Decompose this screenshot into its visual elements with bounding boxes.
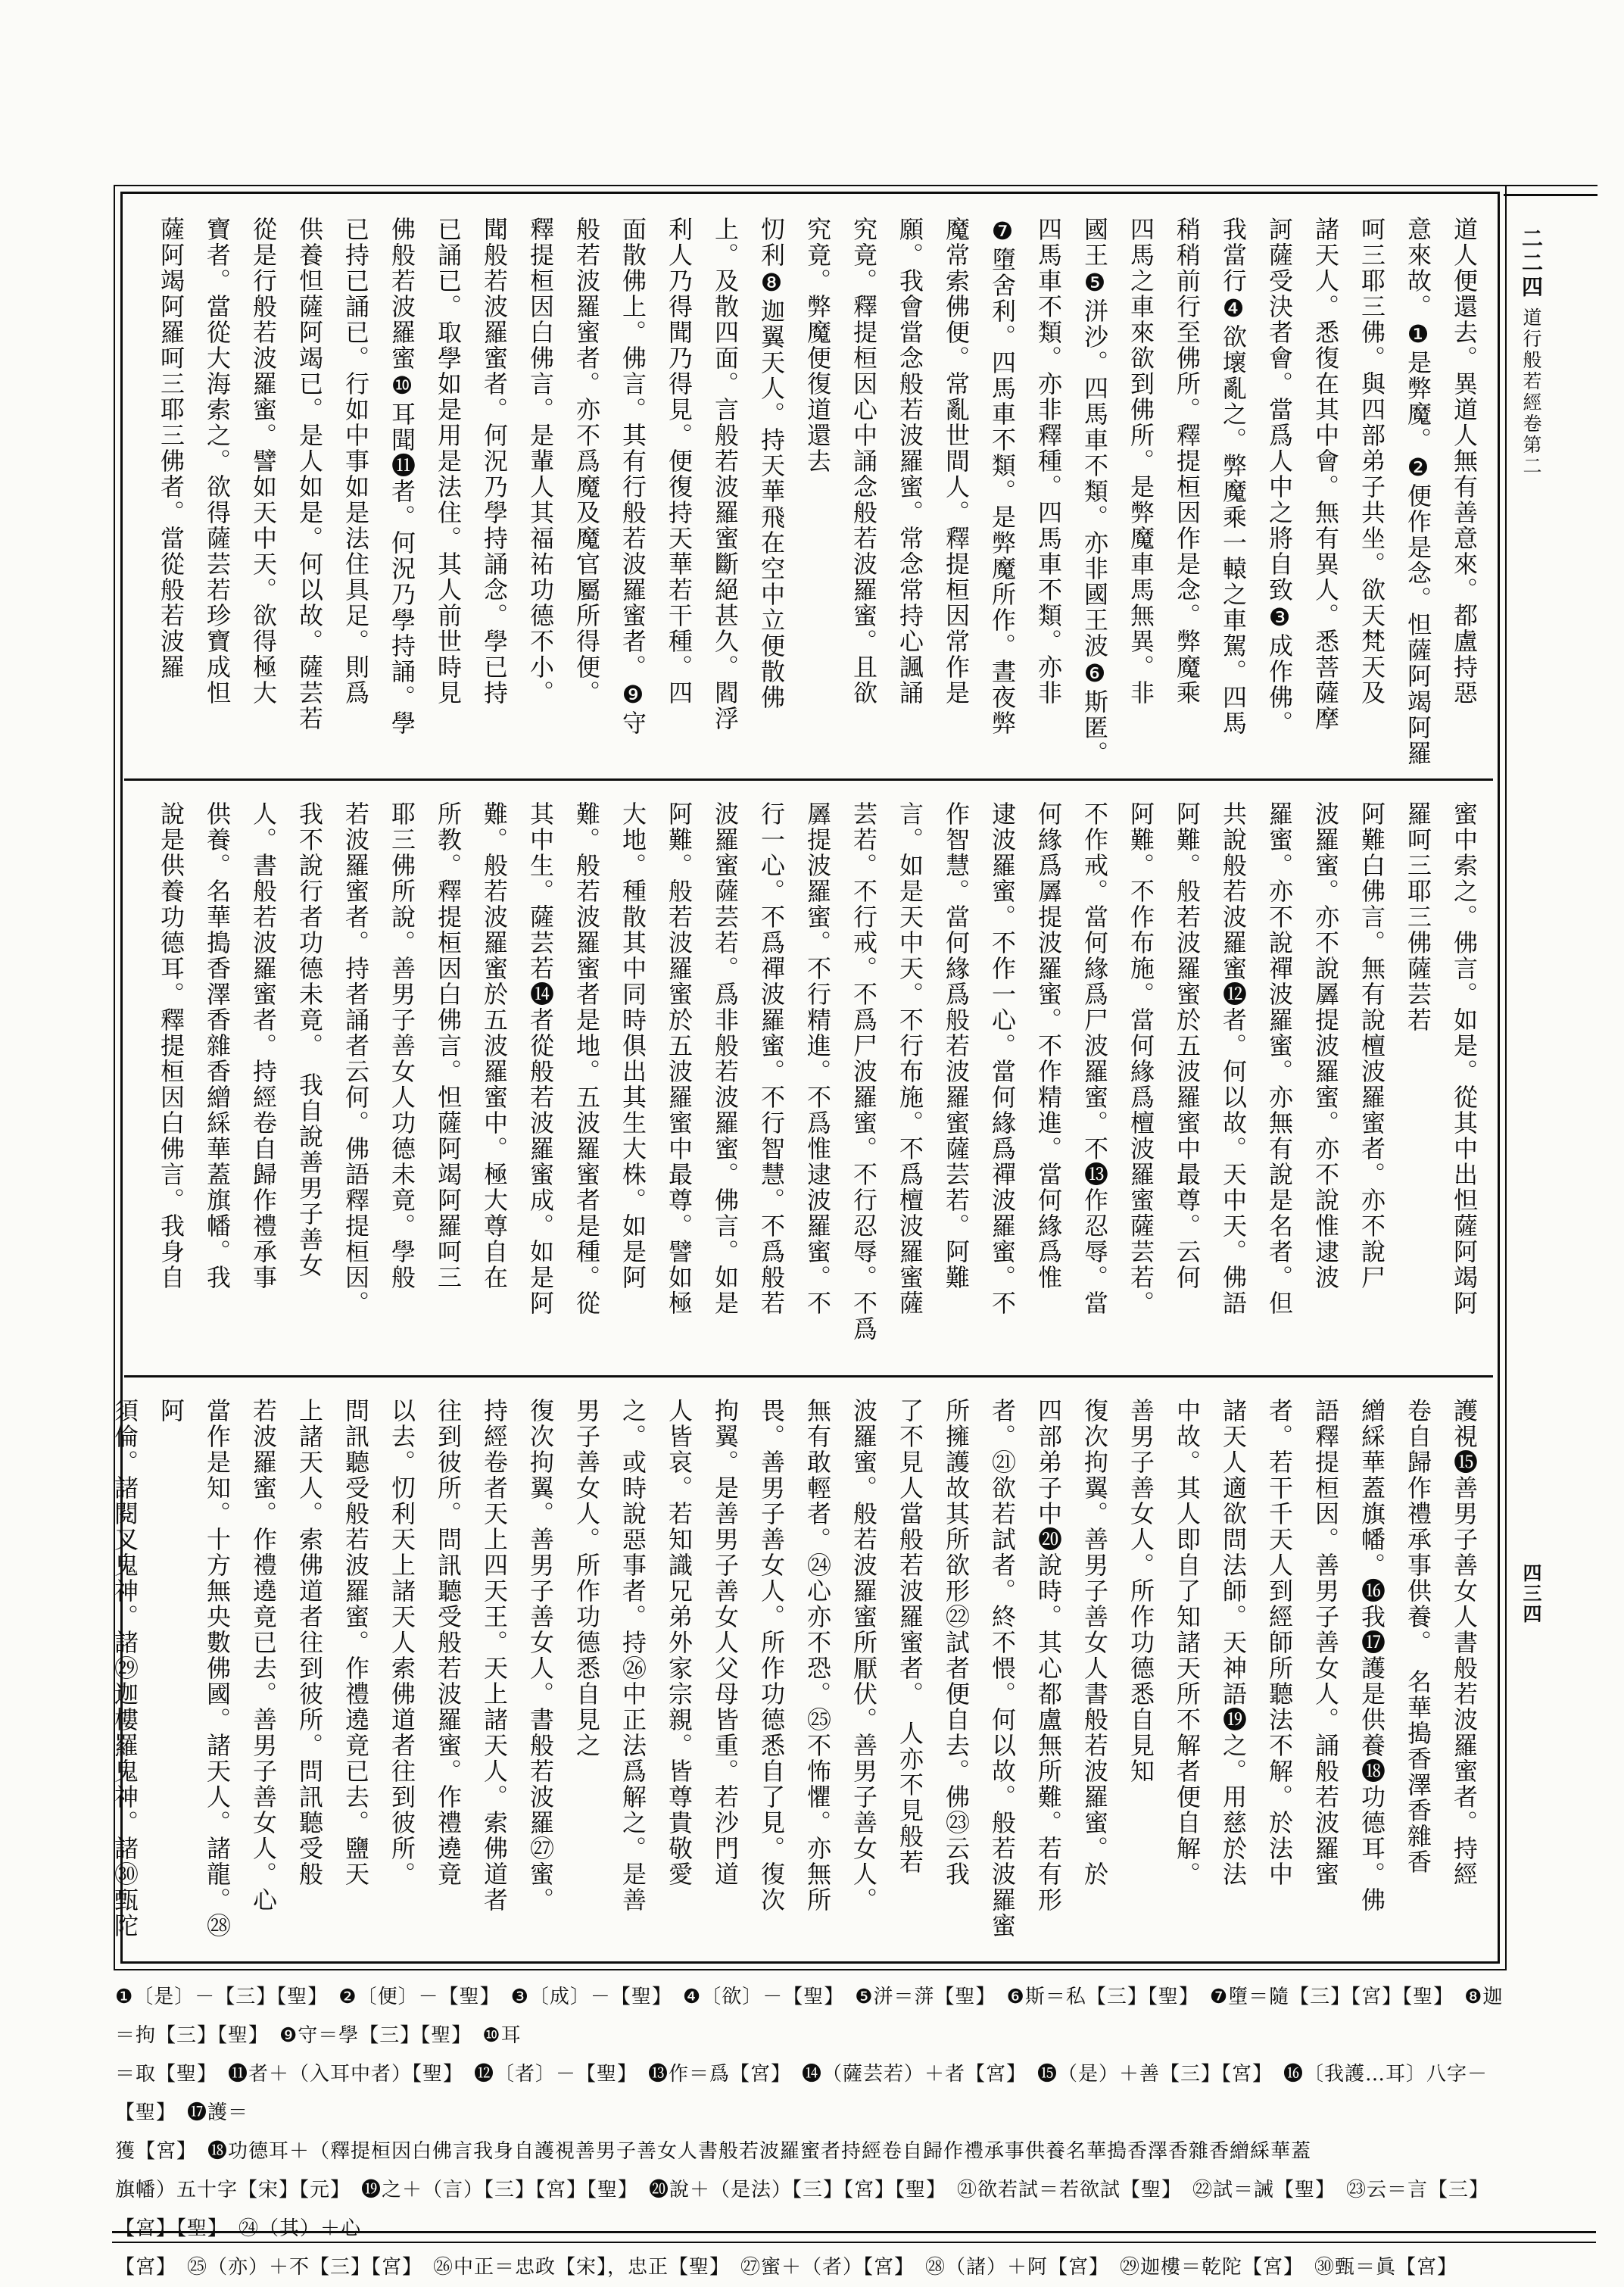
- text-column: 護視⓯善男子善女人書般若波羅蜜者。持經: [1441, 1398, 1487, 1958]
- text-column: 若波羅蜜。作禮遶竟已去。善男子善女人。心: [240, 1398, 286, 1958]
- bottom-rule-outer: [112, 2231, 1596, 2233]
- margin-strip: 二二四 道行般若經卷第二 四三四: [1507, 185, 1620, 1967]
- apparatus-line: ❶〔是〕－【三】【聖】 ❷〔便〕－【聖】 ❸〔成〕－【聖】 ❹〔欲〕－【聖】 ❺…: [115, 1978, 1520, 2055]
- text-column: 聞般若波羅蜜者。何況乃學持誦念。學已持: [471, 217, 517, 769]
- text-column: 往到彼所。問訊聽受般若波羅蜜。作禮遶竟: [425, 1398, 471, 1958]
- text-column: 我不說行者功德未竟。 我自說善男子善女: [286, 801, 332, 1362]
- text-column: 魔常索佛便。常亂世間人。釋提桓因常作是: [933, 217, 979, 769]
- text-column: 以去。忉利天上諸天人索佛道者往到彼所。: [379, 1398, 425, 1958]
- text-column: 卷自歸作禮承事供養。 名華搗香澤香雜香: [1395, 1398, 1441, 1958]
- text-column: 我當行❹欲壞亂之。弊魔乘一轅之車駕。四馬: [1210, 217, 1256, 769]
- text-column: 波羅蜜薩芸若。爲非般若波羅蜜。佛言。如是: [702, 801, 748, 1362]
- text-column: 從是行般若波羅蜜。譬如天中天。欲得極大: [240, 217, 286, 769]
- text-column: 諸天人適欲問法師。天神語⓳之。用慈於法: [1210, 1398, 1256, 1958]
- text-column: 究竟。弊魔便復道還去: [794, 217, 840, 769]
- text-column: 中故。其人即自了知諸天所不解者便自解。: [1164, 1398, 1210, 1958]
- text-column: 之。或時說惡事者。持㉖中正法爲解之。是善: [609, 1398, 656, 1958]
- apparatus-line: ＝取【聖】 ⓫者＋（入耳中者）【聖】 ⓬〔者〕－【聖】 ⓭作＝爲【宮】 ⓮（薩芸…: [115, 2055, 1520, 2133]
- margin-top-rule: [1504, 185, 1598, 196]
- text-column: 究竟。釋提桓因心中誦念般若波羅蜜。且欲: [840, 217, 887, 769]
- text-column: 人。書般若波羅蜜者。持經卷自歸作禮承事: [240, 801, 286, 1362]
- apparatus-line: 旗幡）五十字【宋】【元】 ⓳之＋（言）【三】【宮】【聖】 ⓴說＋（是法）【三】【…: [115, 2171, 1520, 2248]
- text-column: 復次拘翼。善男子善女人書般若波羅蜜。於: [1071, 1398, 1117, 1958]
- text-column: 利人乃得聞乃得見。便復持天華若干種。四: [656, 217, 702, 769]
- text-column: 所教。釋提桓因白佛言。怛薩阿竭阿羅呵三: [425, 801, 471, 1362]
- text-column: 四馬之車來欲到佛所。是弊魔車馬無異。非: [1117, 217, 1164, 769]
- margin-text-number: 二二四: [1516, 227, 1546, 300]
- text-column: 已持已誦已。行如中事如是法住具足。則爲: [332, 217, 379, 769]
- text-column: 般若波羅蜜者。亦不爲魔及魔官屬所得便。: [563, 217, 609, 769]
- text-column: 稍稍前行至佛所。釋提桓因作是念。弊魔乘: [1164, 217, 1210, 769]
- text-column: 持經卷者天上四天王。天上諸天人。索佛道者: [471, 1398, 517, 1958]
- text-column: 供養。名華搗香澤香雜香繒綵華蓋旗幡。我: [194, 801, 240, 1362]
- text-column: 者。若干千天人到經師所聽法不解。於法中: [1256, 1398, 1302, 1958]
- text-column: 佛般若波羅蜜❿耳聞⓫者。何況乃學持誦。學: [379, 217, 425, 769]
- text-column: 難。般若波羅蜜於五波羅蜜中。極大尊自在: [471, 801, 517, 1362]
- text-column: 諸天人。悉復在其中會。無有異人。悉菩薩摩: [1302, 217, 1348, 769]
- text-column: 共說般若波羅蜜⓬者。何以故。天中天。佛語: [1210, 801, 1256, 1362]
- text-column: 阿難。不作布施。當何緣爲檀波羅蜜薩芸若。: [1117, 801, 1164, 1362]
- text-column: 何緣爲羼提波羅蜜。不作精進。當何緣爲惟: [1025, 801, 1071, 1362]
- text-column: 作智慧。當何緣爲般若波羅蜜薩芸若。阿難: [933, 801, 979, 1362]
- register-a: 道人便還去。異道人無有善意來。都盧持惡意來故。❶是弊魔。❷便作是念。怛薩阿竭阿羅…: [129, 217, 1487, 769]
- text-column: 人皆哀。若知識兄弟外家宗親。皆尊貴敬愛: [656, 1398, 702, 1958]
- apparatus-footnotes: ❶〔是〕－【三】【聖】 ❷〔便〕－【聖】 ❸〔成〕－【聖】 ❹〔欲〕－【聖】 ❺…: [115, 1978, 1520, 2287]
- text-column: 問訊聽受般若波羅蜜。作禮遶竟已去。鹽天: [332, 1398, 379, 1958]
- text-column: 耶三佛所說。善男子善女人功德未竟。學般: [379, 801, 425, 1362]
- text-column: 呵三耶三佛。與四部弟子共坐。欲天梵天及: [1348, 217, 1395, 769]
- text-column: 羼提波羅蜜。不行精進。不爲惟逮波羅蜜。不: [794, 801, 840, 1362]
- text-column: 羅呵三耶三佛薩芸若: [1395, 801, 1441, 1362]
- text-column: 芸若。不行戒。不爲尸波羅蜜。不行忍辱。不爲: [840, 801, 887, 1362]
- text-column: 復次拘翼。善男子善女人。書般若波羅㉗蜜。: [517, 1398, 563, 1958]
- text-column: 不作戒。當何緣爲尸波羅蜜。不⓭作忍辱。當: [1071, 801, 1117, 1362]
- text-column: 行一心。不爲禪波羅蜜。不行智慧。不爲般若: [748, 801, 794, 1362]
- register-divider-2: [124, 1375, 1493, 1378]
- text-column: 已誦已。取學如是用是法住。其人前世時見: [425, 217, 471, 769]
- text-column: 道人便還去。異道人無有善意來。都盧持惡: [1441, 217, 1487, 769]
- text-column: 波羅蜜。般若波羅蜜所厭伏。善男子善女人。: [840, 1398, 887, 1958]
- text-column: 意來故。❶是弊魔。❷便作是念。怛薩阿竭阿羅: [1395, 217, 1441, 769]
- text-column: 當作是知。十方無央數佛國。諸天人。諸龍。㉘阿: [148, 1398, 240, 1958]
- bottom-rule-inner: [112, 2242, 1596, 2243]
- text-column: 若波羅蜜者。持者誦者云何。佛語釋提桓因。: [332, 801, 379, 1362]
- margin-page-number: 四三四: [1517, 1563, 1545, 1624]
- text-column: 畏。善男子善女人。所作功德悉自了見。復次: [748, 1398, 794, 1958]
- text-column: 者。㉑欲若試者。終不愄。何以故。般若波羅蜜: [979, 1398, 1025, 1958]
- register-b: 蜜中索之。佛言。如是。從其中出怛薩阿竭阿羅呵三耶三佛薩芸若阿難白佛言。無有說檀波…: [129, 801, 1487, 1362]
- text-column: 願。我會當念般若波羅蜜。常念常持心諷誦: [887, 217, 933, 769]
- text-column: 說是供養功德耳。釋提桓因白佛言。我身自: [148, 801, 194, 1362]
- apparatus-line: 【宮】 ㉕（亦）＋不【三】【宮】 ㉖中正＝忠政【宋】，忠正【聖】 ㉗蜜＋（者）【…: [115, 2248, 1520, 2287]
- text-column: 面散佛上。佛言。其有行般若波羅蜜者。❾守: [609, 217, 656, 769]
- text-column: 拘翼。是善男子善女人父母皆重。若沙門道: [702, 1398, 748, 1958]
- text-column: 逮波羅蜜。不作一心。當何緣爲禪波羅蜜。不: [979, 801, 1025, 1362]
- text-column: 薩阿竭阿羅呵三耶三佛者。當從般若波羅: [148, 217, 194, 769]
- text-column: 難。般若波羅蜜者是地。五波羅蜜者是種。從: [563, 801, 609, 1362]
- text-column: 無有敢輕者。㉔心亦不恐。㉕不怖懼。亦無所: [794, 1398, 840, 1958]
- text-column: 阿難白佛言。無有說檀波羅蜜者。亦不說尸: [1348, 801, 1395, 1362]
- text-column: 男子善女人。所作功德悉自見之: [563, 1398, 609, 1958]
- scanned-sutra-page: 二二四 道行般若經卷第二 四三四 道人便還去。異道人無有善意來。都盧持惡意來故。…: [0, 0, 1624, 2272]
- text-column: 蜜中索之。佛言。如是。從其中出怛薩阿竭阿: [1441, 801, 1487, 1362]
- register-c: 護視⓯善男子善女人書般若波羅蜜者。持經卷自歸作禮承事供養。 名華搗香澤香雜香繒綵…: [129, 1398, 1487, 1958]
- text-column: 須倫。諸閱叉鬼神。諸㉙迦樓羅鬼神。諸㉚甄陀: [101, 1398, 148, 1958]
- text-column: 波羅蜜。亦不說羼提波羅蜜。亦不說惟逮波: [1302, 801, 1348, 1362]
- text-column: 了不見人當般若波羅蜜者。 人亦不見般若: [887, 1398, 933, 1958]
- text-column: 言。如是天中天。不行布施。不爲檀波羅蜜薩: [887, 801, 933, 1362]
- text-column: 忉利❽迦翼天人。持天華飛在空中立便散佛: [748, 217, 794, 769]
- text-column: 阿難。般若波羅蜜於五波羅蜜中最尊。譬如極: [656, 801, 702, 1362]
- text-column: 阿難。般若波羅蜜於五波羅蜜中最尊。云何: [1164, 801, 1210, 1362]
- text-column: 上諸天人。索佛道者往到彼所。問訊聽受般: [286, 1398, 332, 1958]
- text-column: 四馬車不類。亦非釋種。四馬車不類。亦非: [1025, 217, 1071, 769]
- text-column: 羅蜜。亦不說禪波羅蜜。亦無有說是名者。但: [1256, 801, 1302, 1362]
- text-column: 訶薩受決者會。當爲人中之將自致❸成作佛。: [1256, 217, 1302, 769]
- text-column: 四部弟子中⓴說時。其心都盧無所難。若有形: [1025, 1398, 1071, 1958]
- text-column: 釋提桓因白佛言。是輩人其福祐功德不小。: [517, 217, 563, 769]
- text-column: 繒綵華蓋旗幡。⓰我⓱護是供養⓲功德耳。佛: [1348, 1398, 1395, 1958]
- text-column: 所擁護故其所欲形㉒試者便自去。佛㉓云我: [933, 1398, 979, 1958]
- text-frame: 道人便還去。異道人無有善意來。都盧持惡意來故。❶是弊魔。❷便作是念。怛薩阿竭阿羅…: [114, 185, 1507, 1970]
- text-column: 語釋提桓因。善男子善女人。誦般若波羅蜜: [1302, 1398, 1348, 1958]
- apparatus-line: 獲【宮】 ⓲功德耳＋（釋提桓因白佛言我身自護視善男子善女人書般若波羅蜜者持經卷自…: [115, 2133, 1520, 2171]
- text-column: 大地。種散其中同時俱出其生大株。如是阿: [609, 801, 656, 1362]
- margin-running-title: 道行般若經卷第二: [1517, 307, 1545, 477]
- text-column: 其中生。薩芸若⓮者從般若波羅蜜成。如是阿: [517, 801, 563, 1362]
- text-column: 上。及散四面。言般若波羅蜜斷絕甚久。閻浮: [702, 217, 748, 769]
- text-column: 供養怛薩阿竭已。是人如是。何以故。薩芸若: [286, 217, 332, 769]
- text-column: 國王❺洴沙。四馬車不類。亦非國王波❻斯匿。: [1071, 217, 1117, 769]
- text-column: ❼墮舍利。四馬車不類。是弊魔所作。晝夜弊: [979, 217, 1025, 769]
- register-divider-1: [124, 778, 1493, 781]
- text-column: 善男子善女人。所作功德悉自見知: [1117, 1398, 1164, 1958]
- text-column: 寶者。當從大海索之。欲得薩芸若珍寶成怛: [194, 217, 240, 769]
